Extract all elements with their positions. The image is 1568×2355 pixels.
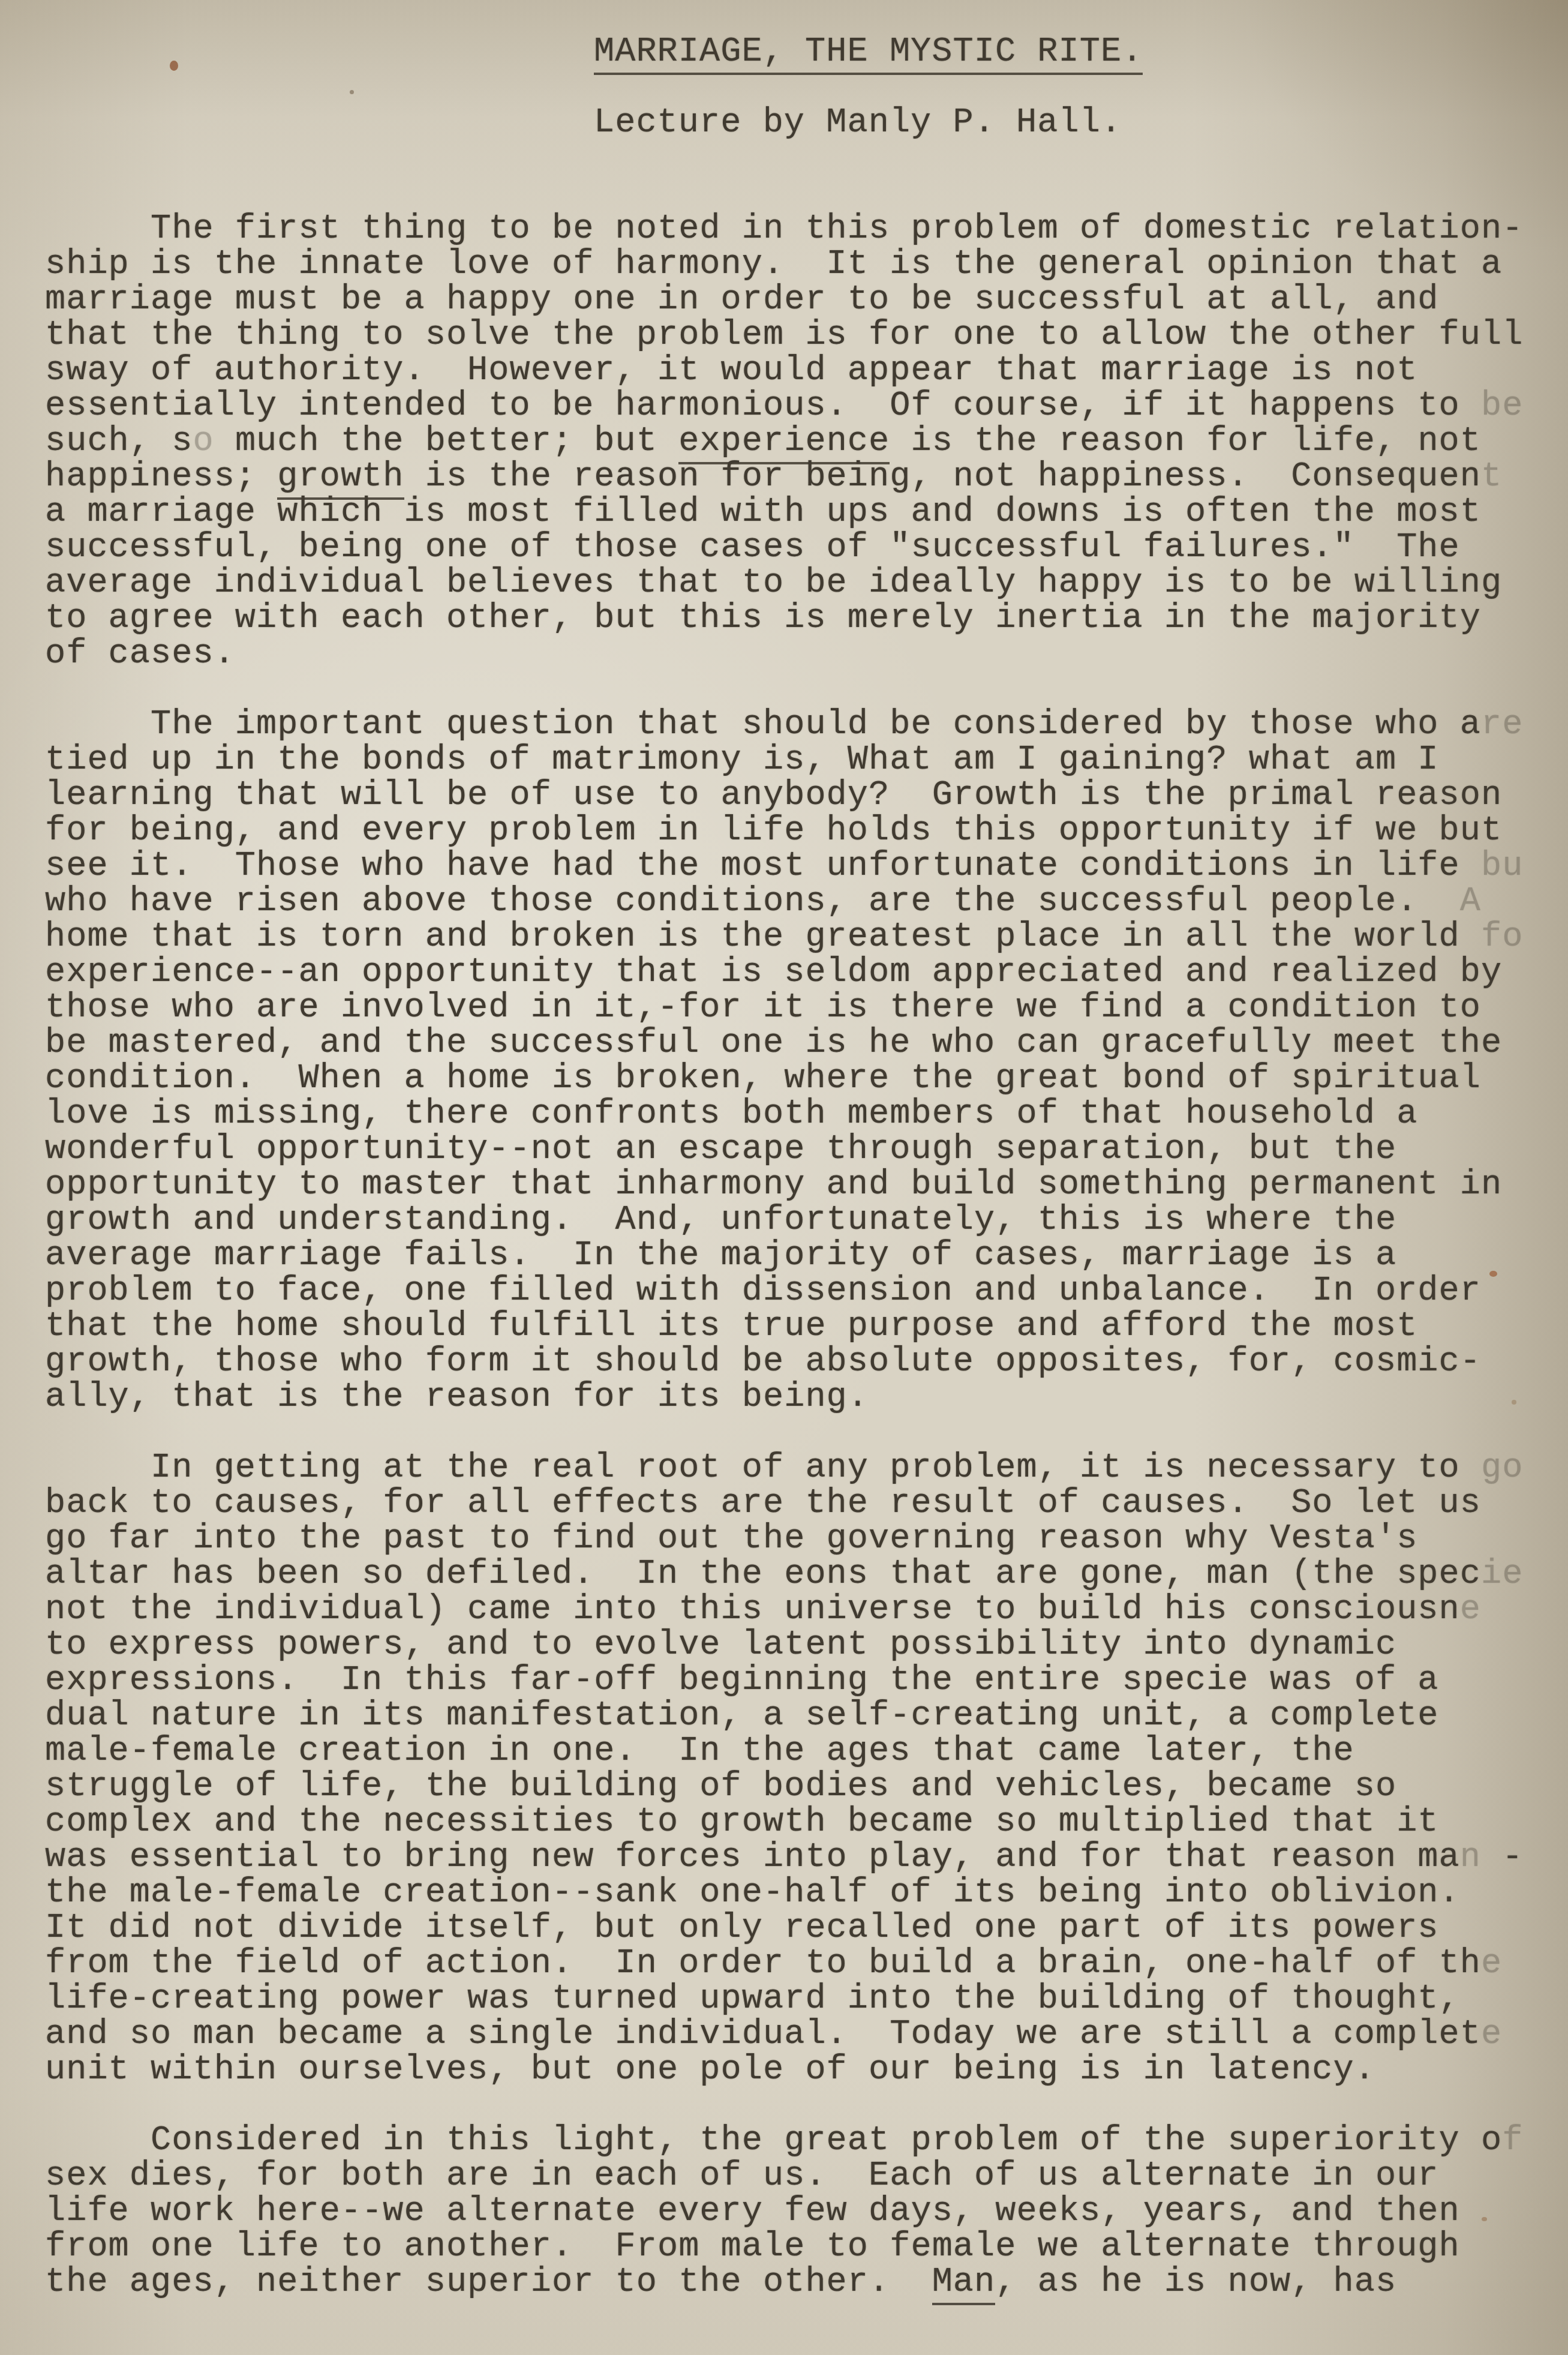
text-line: ship is the innate love of harmony. It i…	[45, 247, 1556, 283]
faded-text: e	[1481, 2015, 1502, 2054]
faded-text: be	[1481, 387, 1523, 425]
document-subtitle: Lecture by Manly P. Hall.	[594, 104, 1122, 142]
faded-text: n	[1460, 1838, 1481, 1877]
page-title: MARRIAGE, THE MYSTIC RITE.	[594, 33, 1143, 75]
text-line: It did not divide itself, but only recal…	[45, 1911, 1556, 1946]
text-line: a marriage which is most filled with ups…	[45, 495, 1556, 530]
text-line: The first thing to be noted in this prob…	[45, 212, 1556, 247]
text-line: essentially intended to be harmonious. O…	[45, 389, 1556, 424]
text-line: average individual believes that to be i…	[45, 566, 1556, 601]
paragraphs-container: The first thing to be noted in this prob…	[45, 212, 1556, 2300]
document-body: MARRIAGE, THE MYSTIC RITE. Lecture by Ma…	[45, 35, 1556, 2300]
text-line: that the home should fulfill its true pu…	[45, 1309, 1556, 1345]
spacer-line	[45, 70, 1556, 106]
text-line: complex and the necessities to growth be…	[45, 1805, 1556, 1840]
paper-background: MARRIAGE, THE MYSTIC RITE. Lecture by Ma…	[0, 0, 1568, 2355]
text-line: marriage must be a happy one in order to…	[45, 283, 1556, 318]
spacer-line	[45, 176, 1556, 212]
spacer-line	[45, 2088, 1556, 2123]
text-line: to agree with each other, but this is me…	[45, 601, 1556, 637]
text-line: struggle of life, the building of bodies…	[45, 1769, 1556, 1805]
text-line: life work here--we alternate every few d…	[45, 2194, 1556, 2230]
paper-stain	[350, 90, 354, 94]
text-line: tied up in the bonds of matrimony is, Wh…	[45, 743, 1556, 778]
spacer-line	[45, 1415, 1556, 1451]
paper-stain	[1489, 1271, 1497, 1277]
text-line: male-female creation in one. In the ages…	[45, 1734, 1556, 1769]
text-line: altar has been so defiled. In the eons t…	[45, 1557, 1556, 1592]
text-line: life-creating power was turned upward in…	[45, 1982, 1556, 2017]
faded-text: t	[1481, 458, 1502, 496]
text-line: growth, those who form it should be abso…	[45, 1345, 1556, 1380]
text-line: the ages, neither superior to the other.…	[45, 2265, 1556, 2300]
text-line: see it. Those who have had the most unfo…	[45, 849, 1556, 884]
faded-text: e	[1460, 1591, 1481, 1629]
text-line: the male-female creation--sank one-half …	[45, 1876, 1556, 1911]
text-line: was essential to bring new forces into p…	[45, 1840, 1556, 1876]
spacer-line	[45, 141, 1556, 176]
faded-text: bu	[1481, 847, 1523, 886]
paper-stain	[170, 61, 178, 71]
text-line: and so man became a single individual. T…	[45, 2017, 1556, 2053]
text-line: wonderful opportunity--not an escape thr…	[45, 1132, 1556, 1168]
faded-text: f	[1502, 2122, 1523, 2160]
text-line: problem to face, one filled with dissens…	[45, 1274, 1556, 1309]
paper-stain	[1482, 2217, 1487, 2221]
text-line: who have risen above those conditions, a…	[45, 884, 1556, 920]
text-line: condition. When a home is broken, where …	[45, 1061, 1556, 1097]
text-line: growth and understanding. And, unfortuna…	[45, 1203, 1556, 1238]
underlined-word: Man	[932, 2263, 996, 2305]
text-line: Considered in this light, the great prob…	[45, 2123, 1556, 2159]
title-line: MARRIAGE, THE MYSTIC RITE.	[45, 35, 1556, 70]
text-line: go far into the past to find out the gov…	[45, 1522, 1556, 1557]
subtitle-line: Lecture by Manly P. Hall.	[45, 106, 1556, 141]
text-line: love is missing, there confronts both me…	[45, 1097, 1556, 1132]
text-line: sex dies, for both are in each of us. Ea…	[45, 2159, 1556, 2194]
text-line: home that is torn and broken is the grea…	[45, 920, 1556, 955]
text-line: dual nature in its manifestation, a self…	[45, 1699, 1556, 1734]
scanned-page: { "page": { "paper_color": "#d9d3c4", "i…	[0, 0, 1568, 2355]
text-line: back to causes, for all effects are the …	[45, 1486, 1556, 1522]
faded-text: re	[1481, 706, 1523, 744]
text-line: such, so much the better; but experience…	[45, 424, 1556, 460]
faded-text: go	[1481, 1449, 1523, 1487]
text-line: not the individual) came into this unive…	[45, 1592, 1556, 1628]
text-line: experience--an opportunity that is seldo…	[45, 955, 1556, 991]
text-line: learning that will be of use to anybody?…	[45, 778, 1556, 814]
text-line: unit within ourselves, but one pole of o…	[45, 2053, 1556, 2088]
faded-text: ie	[1481, 1555, 1523, 1594]
faded-text: A	[1460, 883, 1481, 921]
text-line: that the thing to solve the problem is f…	[45, 318, 1556, 353]
text-line: opportunity to master that inharmony and…	[45, 1168, 1556, 1203]
text-line: The important question that should be co…	[45, 707, 1556, 743]
text-line: of cases.	[45, 637, 1556, 672]
faded-text: fo	[1481, 918, 1523, 956]
spacer-line	[45, 672, 1556, 707]
text-line: average marriage fails. In the majority …	[45, 1238, 1556, 1274]
text-line: happiness; growth is the reason for bein…	[45, 460, 1556, 495]
text-line: expressions. In this far-off beginning t…	[45, 1663, 1556, 1699]
text-line: successful, being one of those cases of …	[45, 530, 1556, 566]
text-line: from one life to another. From male to f…	[45, 2230, 1556, 2265]
text-line: from the field of action. In order to bu…	[45, 1946, 1556, 1982]
text-line: ally, that is the reason for its being.	[45, 1380, 1556, 1415]
text-line: In getting at the real root of any probl…	[45, 1451, 1556, 1486]
text-line: those who are involved in it,-for it is …	[45, 991, 1556, 1026]
faded-text: e	[1481, 1945, 1502, 1983]
text-line: sway of authority. However, it would app…	[45, 353, 1556, 389]
text-line: for being, and every problem in life hol…	[45, 814, 1556, 849]
text-line: to express powers, and to evolve latent …	[45, 1628, 1556, 1663]
text-line: be mastered, and the successful one is h…	[45, 1026, 1556, 1061]
faded-text: o	[193, 422, 214, 461]
paper-stain	[1512, 1400, 1516, 1405]
